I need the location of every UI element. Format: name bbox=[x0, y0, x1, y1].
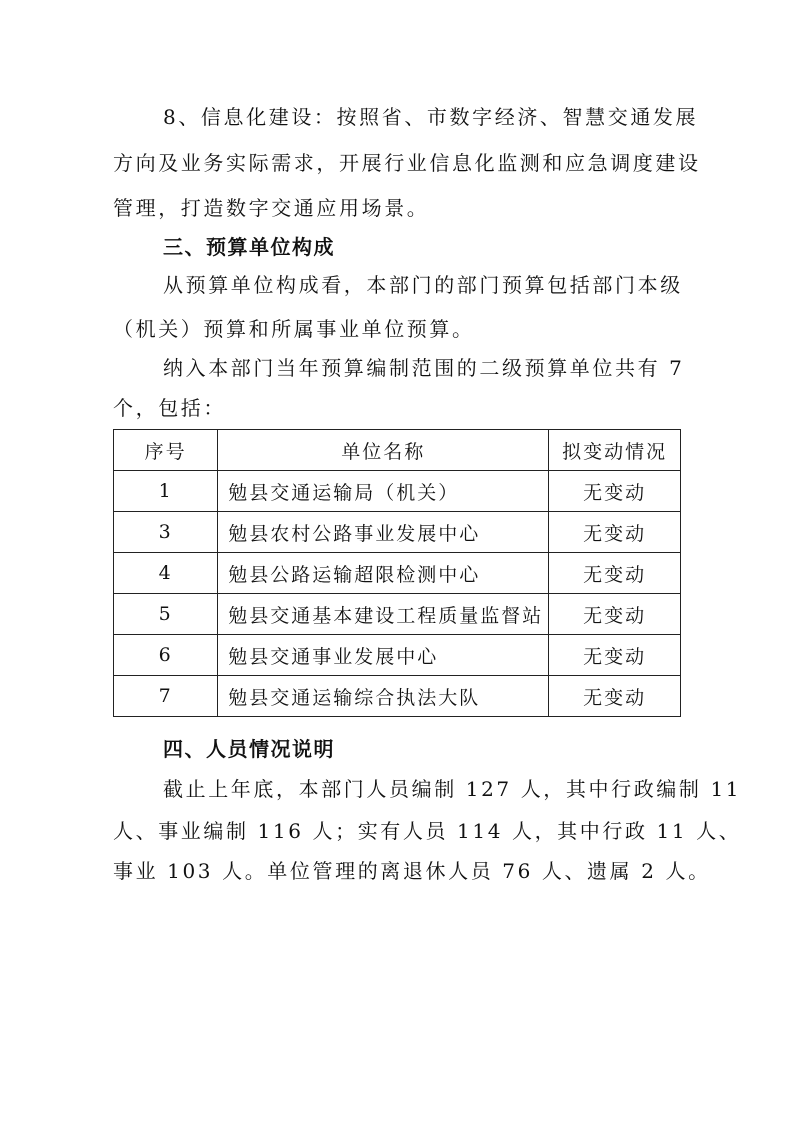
cell-no: 4 bbox=[114, 553, 218, 594]
header-no: 序号 bbox=[114, 430, 218, 471]
section-8-line-1: 8、信息化建设：按照省、市数字经济、智慧交通发展 bbox=[163, 105, 733, 129]
section-3-para1-line-1: 从预算单位构成看，本部门的部门预算包括部门本级 bbox=[163, 273, 733, 297]
table-row: 7 勉县交通运输综合执法大队 无变动 bbox=[114, 676, 681, 717]
cell-change: 无变动 bbox=[549, 635, 681, 676]
section-4-line-3: 事业 103 人。单位管理的离退休人员 76 人、遗属 2 人。 bbox=[113, 859, 683, 883]
budget-units-table: 序号 单位名称 拟变动情况 1 勉县交通运输局（机关） 无变动 3 勉县农村公路… bbox=[113, 429, 681, 717]
header-change: 拟变动情况 bbox=[549, 430, 681, 471]
table-row: 3 勉县农村公路事业发展中心 无变动 bbox=[114, 512, 681, 553]
cell-no: 1 bbox=[114, 471, 218, 512]
section-3-para2-line-1: 纳入本部门当年预算编制范围的二级预算单位共有 7 bbox=[163, 356, 733, 380]
table-header-row: 序号 单位名称 拟变动情况 bbox=[114, 430, 681, 471]
cell-unit-name: 勉县交通运输局（机关） bbox=[218, 471, 549, 512]
cell-unit-name: 勉县交通基本建设工程质量监督站 bbox=[218, 594, 549, 635]
table-row: 1 勉县交通运输局（机关） 无变动 bbox=[114, 471, 681, 512]
cell-change: 无变动 bbox=[549, 512, 681, 553]
cell-no: 3 bbox=[114, 512, 218, 553]
cell-change: 无变动 bbox=[549, 676, 681, 717]
cell-unit-name: 勉县交通运输综合执法大队 bbox=[218, 676, 549, 717]
cell-unit-name: 勉县交通事业发展中心 bbox=[218, 635, 549, 676]
cell-no: 7 bbox=[114, 676, 218, 717]
cell-unit-name: 勉县公路运输超限检测中心 bbox=[218, 553, 549, 594]
cell-change: 无变动 bbox=[549, 471, 681, 512]
section-3-para2-line-2: 个，包括： bbox=[113, 396, 683, 420]
section-8-line-3: 管理，打造数字交通应用场景。 bbox=[113, 196, 683, 220]
section-4-line-1: 截止上年底，本部门人员编制 127 人，其中行政编制 11 bbox=[163, 777, 733, 801]
table-row: 5 勉县交通基本建设工程质量监督站 无变动 bbox=[114, 594, 681, 635]
table-row: 4 勉县公路运输超限检测中心 无变动 bbox=[114, 553, 681, 594]
section-8-line-2: 方向及业务实际需求，开展行业信息化监测和应急调度建设 bbox=[113, 151, 683, 175]
cell-no: 6 bbox=[114, 635, 218, 676]
document-page: 8、信息化建设：按照省、市数字经济、智慧交通发展 方向及业务实际需求，开展行业信… bbox=[0, 0, 793, 1122]
section-3-para1-line-2: （机关）预算和所属事业单位预算。 bbox=[113, 317, 683, 341]
cell-unit-name: 勉县农村公路事业发展中心 bbox=[218, 512, 549, 553]
section-4-line-2: 人、事业编制 116 人；实有人员 114 人，其中行政 11 人、 bbox=[113, 819, 683, 843]
header-unit-name: 单位名称 bbox=[218, 430, 549, 471]
cell-change: 无变动 bbox=[549, 553, 681, 594]
section-4-heading: 四、人员情况说明 bbox=[163, 737, 733, 761]
cell-change: 无变动 bbox=[549, 594, 681, 635]
table-row: 6 勉县交通事业发展中心 无变动 bbox=[114, 635, 681, 676]
section-3-heading: 三、预算单位构成 bbox=[163, 235, 733, 259]
cell-no: 5 bbox=[114, 594, 218, 635]
